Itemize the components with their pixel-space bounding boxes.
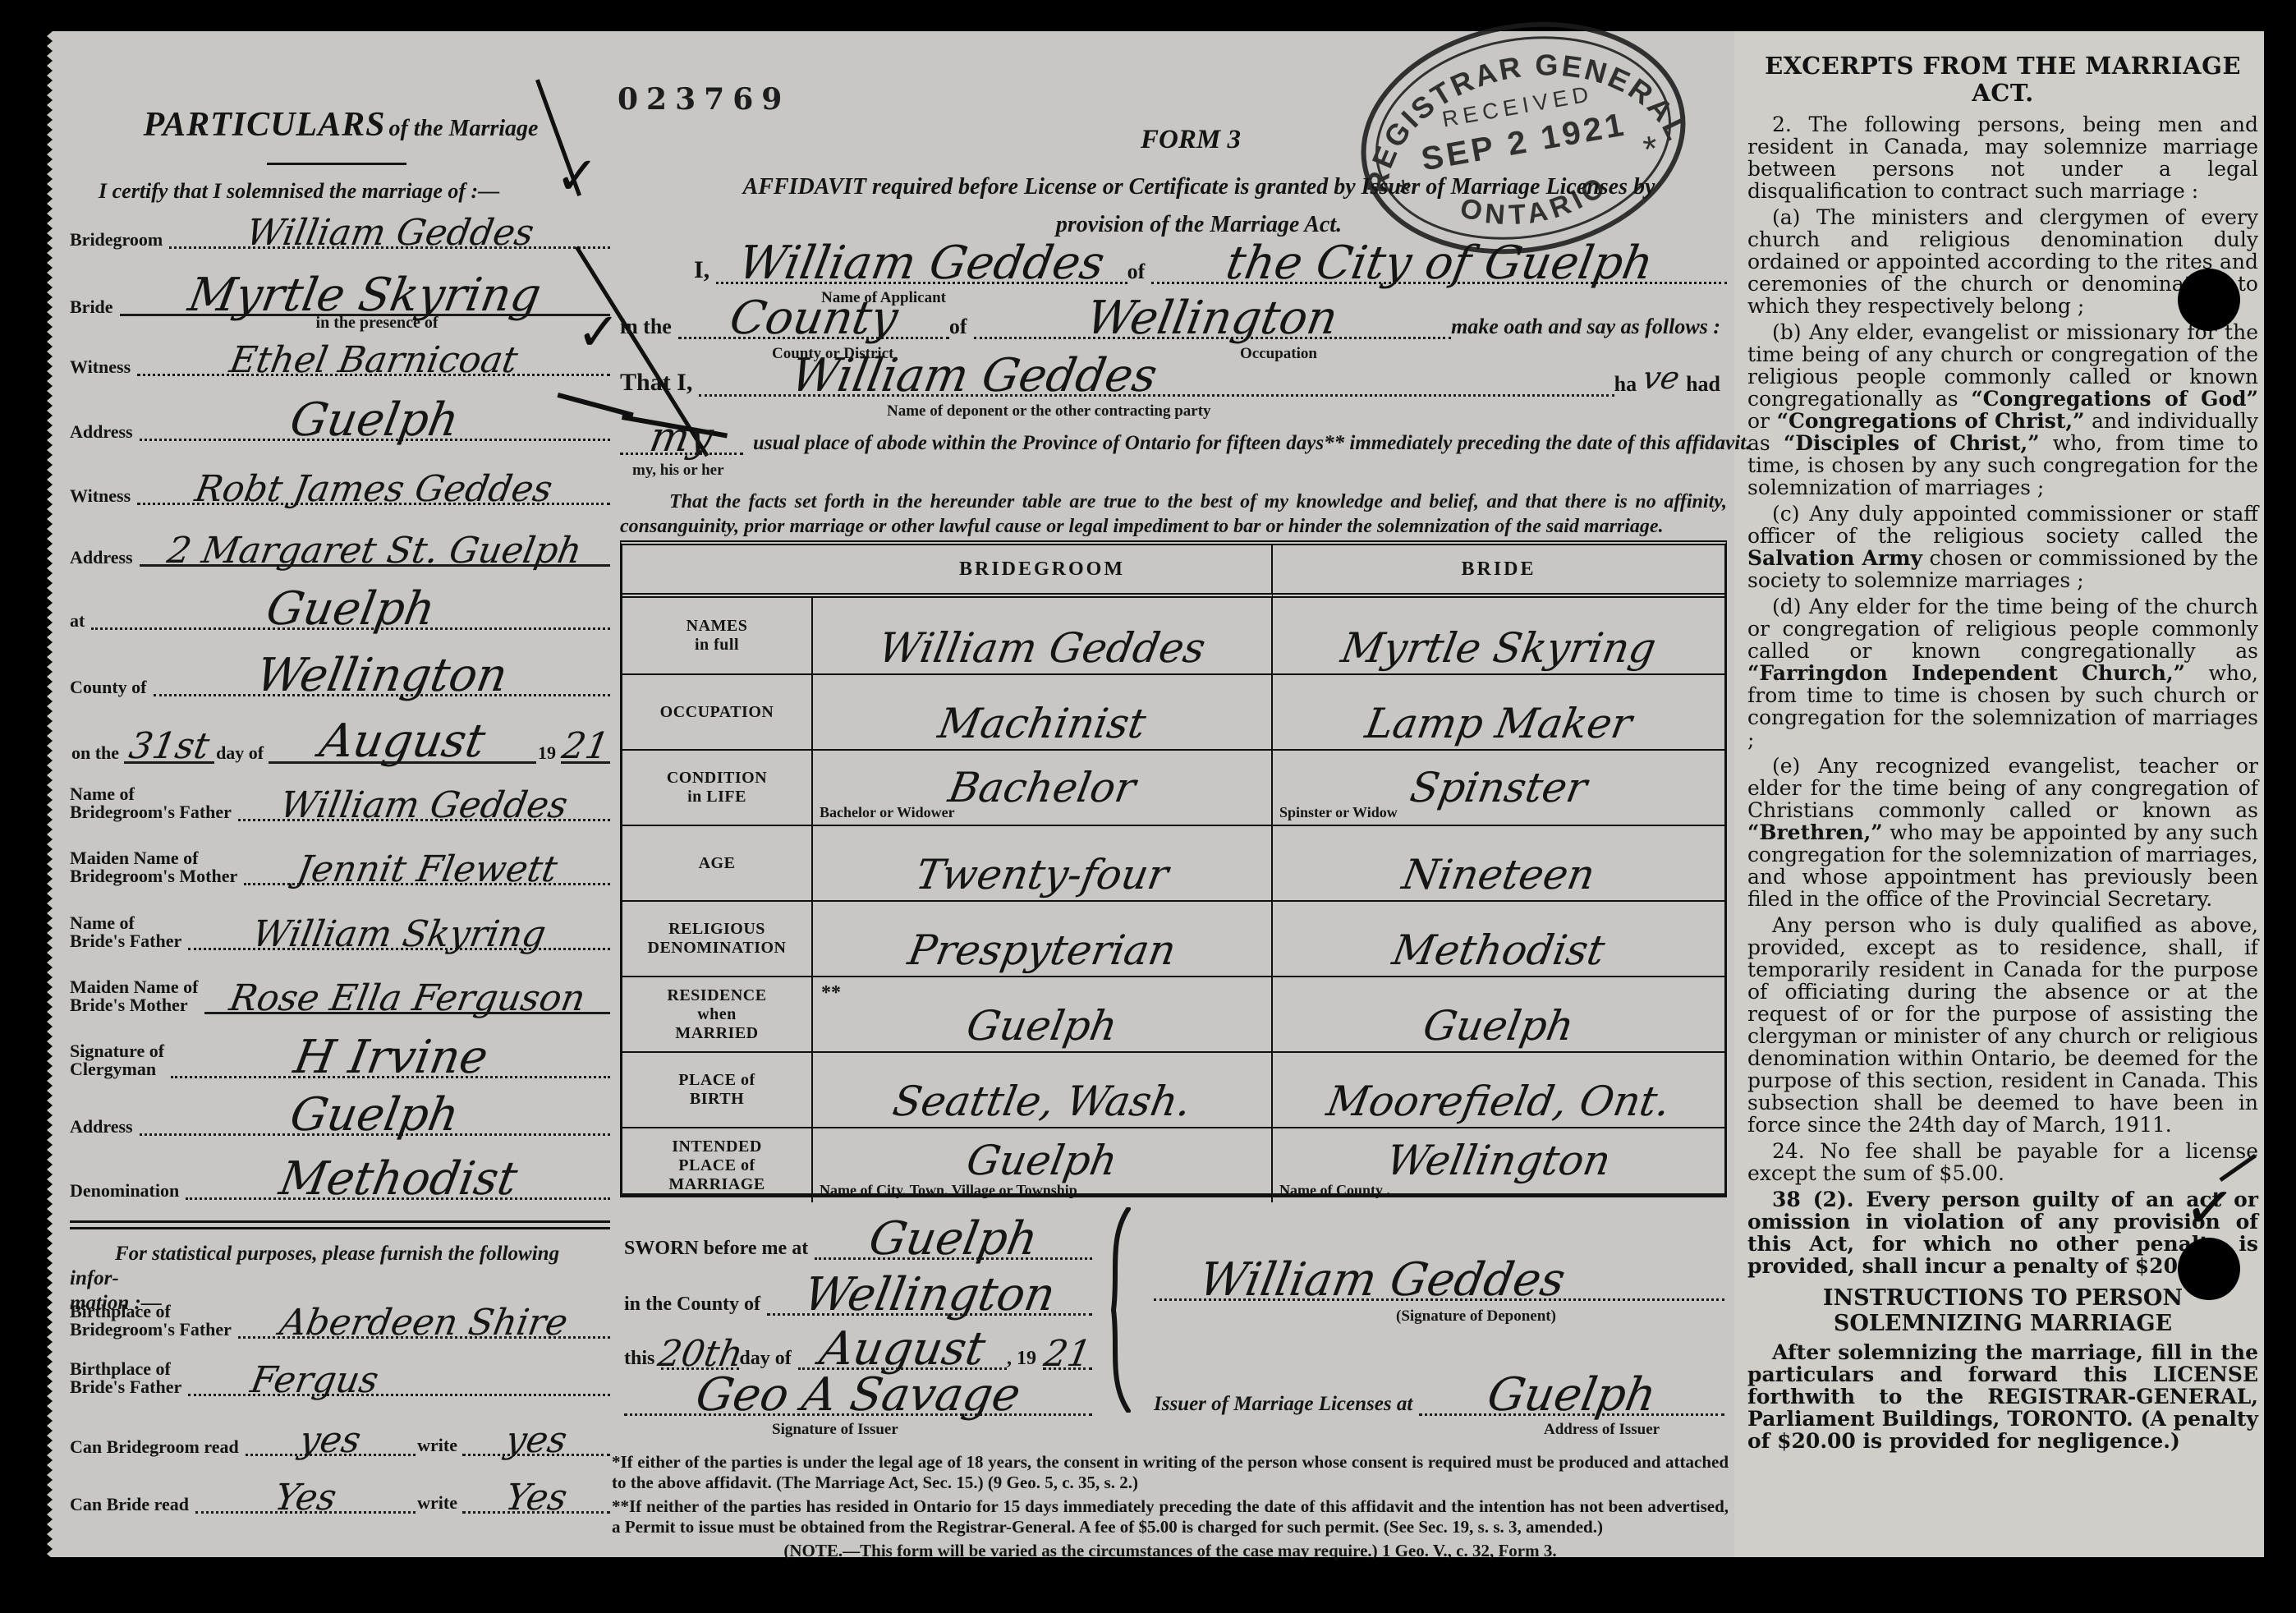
deponent-name-line: William Geddes [699, 347, 1614, 397]
field-line: Myrtle Skyring in the presence of [120, 263, 610, 316]
instructions-heading: INSTRUCTIONS TO PERSON SOLEMNIZING MARRI… [1747, 1285, 2258, 1336]
instructions-paragraph: After solemnizing the marriage, fill in … [1747, 1341, 2258, 1452]
handwritten-value: William Geddes [278, 788, 571, 824]
abode-text: usual place of abode within the Province… [743, 432, 1757, 455]
handwritten-value: Rose Ella Ferguson [227, 981, 588, 1017]
handwritten-my: my [647, 416, 716, 457]
field-clergyman-signature: Signature of Clergyman H Irvine [70, 1027, 610, 1078]
cell-bride-condition: SpinsterSpinster or Widow [1273, 749, 1724, 825]
handwritten-write: yes [503, 1422, 569, 1459]
issuer-signature-line: Geo A Savage [624, 1364, 1092, 1416]
field-line: Guelph [140, 388, 610, 441]
applicant-row: I, William Geddes of the City of Guelph [694, 237, 1727, 284]
field-label: County of [70, 678, 154, 696]
day-line: 31st [124, 710, 214, 764]
row-label: RESIDENCE when MARRIED [622, 976, 813, 1051]
day-of-label: day of [214, 742, 269, 764]
field-at: at Guelph [70, 579, 610, 630]
field-label: Bridegroom [70, 231, 169, 249]
field-witness-2: Witness Robt James Geddes [70, 454, 610, 505]
handwritten-value: William Geddes [243, 215, 536, 251]
field-witness-1: Witness Ethel Barnicoat [70, 325, 610, 376]
field-line: Guelph [140, 1082, 610, 1136]
handwritten-issuer-address: Guelph [1484, 1372, 1660, 1418]
year-line: 21 [561, 710, 610, 764]
handwritten-issuer-signature: Geo A Savage [692, 1372, 1023, 1418]
table-header-bridegroom: BRIDEGROOM [813, 545, 1273, 598]
footnote-residence: **If neither of the parties has resided … [612, 1496, 1729, 1537]
applicant-place-line: the City of Guelph [1151, 234, 1727, 284]
handwritten-write: Yes [503, 1480, 570, 1516]
handwritten-deponent-signature: William Geddes [1196, 1257, 1568, 1303]
sworn-day-line: 20th [661, 1317, 739, 1370]
footnote-consent: *If either of the parties is under the l… [612, 1452, 1729, 1493]
handwritten-value: Aberdeen Shire [278, 1305, 571, 1341]
handwritten-value: Wellington [253, 653, 511, 699]
bridegroom-bride-table: BRIDEGROOM BRIDE NAMES in full William G… [620, 540, 1727, 1197]
handwritten-applicant-place: the City of Guelph [1223, 241, 1656, 287]
sworn-before-label: SWORN before me at [624, 1238, 815, 1260]
field-line: William Geddes [169, 195, 610, 249]
write-line: yes [462, 1403, 610, 1456]
i-prefix: I, [694, 256, 716, 284]
particulars-title: PARTICULARS of the Marriage [70, 105, 612, 145]
check-icon: ✓ [555, 146, 599, 207]
deponent-row: That I, William Geddes ha ve had [620, 349, 1727, 397]
city-town-village-label: Name of City, Town, Village or Township [820, 1182, 1077, 1199]
cell-bride-religion: Methodist [1273, 900, 1724, 976]
table-header-bride: BRIDE [1273, 545, 1724, 598]
field-birthplace-bride-father: Birthplace of Bride's Father Fergus [70, 1345, 610, 1396]
my-his-her-label: my, his or her [632, 462, 724, 480]
spinster-widow-label: Spinster or Widow [1279, 804, 1398, 821]
issuer-at-line: Guelph [1419, 1361, 1724, 1416]
handwritten-year: 21 [559, 728, 612, 765]
handwritten-county: County [726, 296, 901, 342]
footnote-form-note: (NOTE.—This form will be varied as the c… [612, 1541, 1729, 1561]
write-label: write [416, 1435, 462, 1456]
field-label: Address [70, 549, 140, 567]
field-bride: Bride Myrtle Skyring in the presence of [70, 265, 610, 316]
field-line: Wellington [154, 643, 610, 696]
scanned-marriage-affidavit: PARTICULARS of the Marriage I certify th… [0, 0, 2296, 1613]
cell-bridegroom-age: Twenty-four [813, 825, 1273, 900]
read-line: Yes [195, 1460, 416, 1514]
field-bride-father: Name of Bride's Father William Skyring [70, 899, 610, 950]
field-line: Jennit Flewett [244, 832, 610, 885]
handwritten-value: Myrtle Skyring [186, 273, 545, 319]
field-label: Address [70, 1118, 140, 1136]
brace [1099, 1207, 1137, 1413]
handwritten-read: Yes [272, 1480, 339, 1516]
of-label: of [949, 315, 974, 339]
torn-left-edge [41, 31, 53, 1557]
field-line: Guelph [91, 577, 610, 630]
sworn-place-line: Guelph [815, 1211, 1092, 1260]
act-section-2: 2. The following persons, being men and … [1747, 113, 2258, 202]
address-of-issuer-label: Address of Issuer [1544, 1421, 1660, 1439]
handwritten-value: Ethel Barnicoat [227, 342, 521, 379]
handwritten-sworn-place: Guelph [866, 1216, 1041, 1262]
issuer-at-label: Issuer of Marriage Licenses at [1154, 1393, 1419, 1416]
field-label: Maiden Name of Bride's Mother [70, 978, 204, 1014]
serial-number: 023769 [618, 82, 790, 117]
field-label: Bride [70, 298, 120, 316]
handwritten-value: Guelph [263, 586, 439, 632]
row-label: NAMES in full [622, 598, 813, 673]
field-address-2: Address 2 Margaret St. Guelph [70, 516, 610, 567]
check-icon: ✓ [2181, 1170, 2239, 1246]
particulars-title-suffix: of the Marriage [388, 116, 538, 141]
cell-bridegroom-names: William Geddes [813, 598, 1273, 673]
field-address-1: Address Guelph [70, 390, 610, 441]
field-bridegroom-literacy: Can Bridegroom read yes write yes [70, 1405, 610, 1456]
marriage-act-excerpts: EXCERPTS FROM THE MARRIAGE ACT. 2. The f… [1747, 53, 2258, 1456]
row-label: PLACE of BIRTH [622, 1051, 813, 1127]
applicant-name-line: William Geddes [716, 234, 1127, 284]
table-header-empty [622, 545, 813, 598]
handwritten-value: William Skyring [250, 917, 549, 953]
cell-bride-intended-place: WellingtonName of County . [1273, 1127, 1724, 1202]
cell-bride-age: Nineteen [1273, 825, 1724, 900]
field-line: Rose Ella Ferguson [204, 961, 610, 1014]
field-label: Signature of Clergyman [70, 1042, 171, 1078]
ha-label: ha [1614, 372, 1643, 397]
handwritten-value: Guelph [287, 398, 462, 443]
of-label: of [1127, 260, 1152, 284]
handwritten-day: 31st [126, 728, 212, 765]
sworn-county-label: in the County of [624, 1294, 767, 1316]
field-label: Address [70, 423, 140, 441]
cell-bridegroom-birthplace: Seattle, Wash. [813, 1051, 1273, 1127]
facts-paragraph: That the facts set forth in the hereunde… [620, 489, 1727, 539]
sworn-year-line: 21 [1043, 1317, 1092, 1370]
field-line: William Geddes [238, 768, 610, 821]
field-line: H Irvine [171, 1025, 610, 1078]
had-label: had [1686, 372, 1727, 397]
make-oath-label: make oath and say as follows : [1451, 315, 1727, 339]
field-line: Robt James Geddes [137, 452, 610, 505]
cell-bride-birthplace: Moorefield, Ont. [1273, 1051, 1724, 1127]
write-line: Yes [462, 1460, 610, 1514]
handwritten-value: Methodist [276, 1156, 521, 1202]
signature-of-deponent-label: (Signature of Deponent) [1396, 1307, 1556, 1326]
handwritten-county-name: Wellington [1083, 296, 1341, 342]
cell-bride-residence: Guelph [1273, 976, 1724, 1051]
field-label: Can Bride read [70, 1496, 195, 1514]
field-label: Witness [70, 358, 137, 376]
act-clause-e: (e) Any recognized evangelist, teacher o… [1747, 755, 2258, 910]
handwritten-applicant-name: William Geddes [736, 241, 1109, 287]
affidavit-heading-1: AFFIDAVIT required before License or Cer… [665, 174, 1733, 200]
sworn-row-2: in the County of Wellington [624, 1265, 1092, 1316]
row-label: RELIGIOUS DENOMINATION [622, 900, 813, 976]
write-label: write [416, 1492, 462, 1514]
title-rule [267, 163, 406, 165]
row-label: INTENDED PLACE of MARRIAGE [622, 1127, 813, 1202]
sworn-row-1: SWORN before me at Guelph [624, 1214, 1092, 1260]
field-label: Birthplace of Bridegroom's Father [70, 1303, 238, 1339]
punch-hole-bottom [2178, 1238, 2240, 1300]
year-printed: 19 [536, 742, 561, 764]
issuer-at-row: Issuer of Marriage Licenses at Guelph [1154, 1363, 1724, 1416]
punch-hole-top [2178, 269, 2240, 331]
field-bride-literacy: Can Bride read Yes write Yes [70, 1463, 610, 1514]
my-line: my [620, 407, 743, 455]
particulars-title-main: PARTICULARS [144, 106, 386, 144]
handwritten-value: Fergus [248, 1363, 381, 1399]
field-line: 2 Margaret St. Guelph [140, 513, 610, 567]
act-clause-c: (c) Any duly appointed commissioner or s… [1747, 503, 2258, 591]
act-clause-d: (d) Any elder for the time being of the … [1747, 595, 2258, 751]
handwritten-value: Robt James Geddes [192, 471, 555, 508]
cell-bridegroom-residence: **Guelph [813, 976, 1273, 1051]
cell-bride-occupation: Lamp Maker [1273, 673, 1724, 749]
cell-bridegroom-religion: Prespyterian [813, 900, 1273, 976]
field-label: Witness [70, 487, 137, 505]
name-of-county-label: Name of County . [1279, 1182, 1390, 1199]
field-bride-mother: Maiden Name of Bride's Mother Rose Ella … [70, 963, 610, 1014]
issuer-signature-row: Geo A Savage [624, 1367, 1092, 1416]
act-any-person: Any person who is duly qualified as abov… [1747, 914, 2258, 1136]
deponent-signature-line: William Geddes [1154, 1246, 1724, 1301]
in-the-label: in the [620, 315, 678, 339]
cell-bridegroom-intended-place: GuelphName of City, Town, Village or Tow… [813, 1127, 1273, 1202]
sworn-row-3: this 20th day of August , 19 21 [624, 1319, 1092, 1370]
act-heading: EXCERPTS FROM THE MARRIAGE ACT. [1747, 53, 2258, 107]
field-line: William Skyring [188, 897, 610, 950]
field-label: Maiden Name of Bridegroom's Mother [70, 849, 244, 885]
field-bridegroom: Bridegroom William Geddes [70, 198, 610, 249]
stamp-star-right: * [1641, 128, 1661, 170]
field-marriage-date: on the 31st day of August 19 21 [70, 713, 610, 764]
occupation-line: Wellington [974, 289, 1452, 339]
act-clause-b: (b) Any elder, evangelist or missionary … [1747, 321, 2258, 499]
handwritten-month: August [316, 719, 489, 765]
field-line: Ethel Barnicoat [137, 323, 610, 376]
handwritten-sworn-county: Wellington [801, 1272, 1058, 1318]
field-label: Name of Bridegroom's Father [70, 785, 238, 821]
read-line: yes [246, 1403, 416, 1456]
cell-bride-names: Myrtle Skyring [1273, 598, 1724, 673]
signature-of-issuer-label: Signature of Issuer [772, 1421, 898, 1439]
that-i-prefix: That I, [620, 369, 699, 397]
act-section-24: 24. No fee shall be payable for a licens… [1747, 1140, 2258, 1184]
field-birthplace-bridegroom-father: Birthplace of Bridegroom's Father Aberde… [70, 1288, 610, 1339]
form-title: FORM 3 [985, 125, 1396, 155]
cell-bridegroom-occupation: Machinist [813, 673, 1273, 749]
field-line: Methodist [186, 1147, 610, 1200]
double-asterisk-marker: ** [821, 982, 841, 1004]
field-label: at [70, 612, 91, 630]
field-denomination: Denomination Methodist [70, 1149, 610, 1200]
on-the-label: on the [70, 742, 124, 764]
handwritten-value: 2 Margaret St. Guelph [165, 533, 585, 569]
check-icon: ✓ [576, 302, 621, 363]
row-label: OCCUPATION [622, 673, 813, 749]
sworn-county-line: Wellington [767, 1262, 1092, 1316]
field-label: Can Bridegroom read [70, 1438, 246, 1456]
row-label: AGE [622, 825, 813, 900]
field-label: Birthplace of Bride's Father [70, 1360, 188, 1396]
handwritten-ve: ve [1641, 362, 1683, 393]
abode-row: my usual place of abode within the Provi… [620, 409, 1727, 455]
county-line: County [678, 289, 949, 339]
field-county-of: County of Wellington [70, 646, 610, 696]
deponent-signature-row: William Geddes [1154, 1248, 1724, 1301]
field-line: Fergus [188, 1343, 610, 1396]
double-rule [70, 1220, 610, 1229]
handwritten-value: H Irvine [290, 1035, 490, 1081]
month-line: August [269, 710, 536, 764]
handwritten-deponent-name: William Geddes [788, 353, 1160, 399]
handwritten-value: Jennit Flewett [294, 852, 560, 888]
cell-bridegroom-condition: BachelorBachelor or Widower [813, 749, 1273, 825]
field-bridegroom-father: Name of Bridegroom's Father William Gedd… [70, 770, 610, 821]
county-row: in the County of Wellington make oath an… [620, 292, 1727, 339]
row-label: CONDITION in LIFE [622, 749, 813, 825]
field-label: Denomination [70, 1182, 186, 1200]
handwritten-read: yes [297, 1422, 364, 1459]
bachelor-widower-label: Bachelor or Widower [820, 804, 955, 821]
field-clergyman-address: Address Guelph [70, 1085, 610, 1136]
handwritten-value: Guelph [287, 1092, 462, 1138]
field-bridegroom-mother: Maiden Name of Bridegroom's Mother Jenni… [70, 834, 610, 885]
field-line: Aberdeen Shire [238, 1285, 610, 1339]
field-label: Name of Bride's Father [70, 914, 188, 950]
sworn-month-line: August [798, 1317, 1007, 1370]
